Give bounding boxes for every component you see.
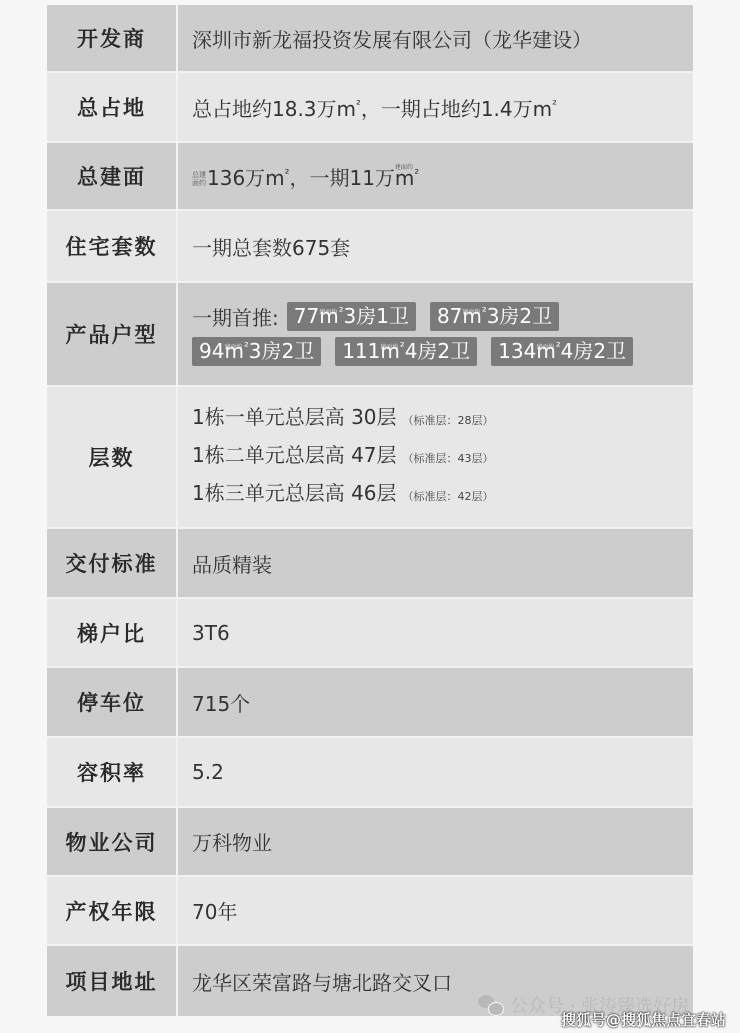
unit-type-badge: 134建面约m²4房2卫	[491, 337, 633, 366]
row-label: 物业公司	[47, 808, 178, 875]
row-label: 产品户型	[47, 283, 178, 385]
row-value: 715个	[178, 668, 693, 736]
row-elevator-ratio: 梯户比 3T6	[47, 599, 693, 668]
value-text: ，一期占地约1.4万m	[361, 97, 552, 121]
row-label: 停车位	[47, 668, 178, 736]
floor-line: 1栋一单元总层高 30层（标准层：28层）	[192, 400, 693, 438]
value-text: ，一期11万	[289, 166, 394, 190]
row-value: 1栋一单元总层高 30层（标准层：28层） 1栋二单元总层高 47层（标准层：4…	[178, 387, 693, 527]
row-label: 开发商	[47, 5, 178, 71]
unit-sup: ²	[414, 166, 419, 180]
unit-type-badge: 111建面约m²4房2卫	[335, 337, 477, 366]
unit-type-badge: 94建面约m²3房2卫	[192, 337, 321, 366]
unit-with-annotation: 建面约m	[395, 166, 414, 190]
row-developer: 开发商 深圳市新龙福投资发展有限公司（龙华建设）	[47, 5, 693, 73]
row-product-types: 产品户型 一期首推: 77建面约m²3房1卫 87建面约m²3房2卫 94建面约…	[47, 283, 693, 387]
project-spec-table: 开发商 深圳市新龙福投资发展有限公司（龙华建设） 总占地 总占地约18.3万m²…	[47, 5, 693, 1016]
unit-sup: ²	[552, 97, 557, 111]
value-text: 136万m	[207, 166, 285, 190]
row-value: 一期总套数675套	[178, 211, 693, 281]
row-label: 梯户比	[47, 599, 178, 666]
mini-annotation: 总建面约	[192, 171, 206, 187]
row-plot-ratio: 容积率 5.2	[47, 738, 693, 808]
row-label: 总建面	[47, 143, 178, 209]
wechat-icon	[478, 995, 504, 1015]
row-value: 万科物业	[178, 808, 693, 875]
value-text: 一期首推:	[192, 302, 279, 331]
row-label: 总占地	[47, 73, 178, 141]
row-value: 5.2	[178, 738, 693, 806]
row-total-land: 总占地 总占地约18.3万m²，一期占地约1.4万m²	[47, 73, 693, 143]
row-total-floor-area: 总建面 总建面约136万m²，一期11万建面约m²	[47, 143, 693, 211]
row-label: 层数	[47, 387, 178, 527]
sohu-watermark: 搜狐号@搜狐焦点宜春站	[561, 1009, 726, 1030]
row-value: 一期首推: 77建面约m²3房1卫 87建面约m²3房2卫 94建面约m²3房2…	[178, 283, 693, 385]
row-value: 70年	[178, 877, 693, 944]
floor-line: 1栋三单元总层高 46层（标准层：42层）	[192, 476, 693, 514]
unit-type-badge: 77建面约m²3房1卫	[287, 302, 416, 331]
row-parking: 停车位 715个	[47, 668, 693, 738]
row-value: 总占地约18.3万m²，一期占地约1.4万m²	[178, 73, 693, 141]
floor-line: 1栋二单元总层高 47层（标准层：43层）	[192, 438, 693, 476]
row-value: 深圳市新龙福投资发展有限公司（龙华建设）	[178, 5, 693, 71]
row-label: 产权年限	[47, 877, 178, 944]
row-property-management: 物业公司 万科物业	[47, 808, 693, 877]
unit-type-badge: 87建面约m²3房2卫	[430, 302, 559, 331]
row-label: 容积率	[47, 738, 178, 806]
value-text: 总占地约18.3万m	[192, 97, 356, 121]
row-label: 交付标准	[47, 529, 178, 597]
row-residential-units: 住宅套数 一期总套数675套	[47, 211, 693, 283]
row-value: 品质精装	[178, 529, 693, 597]
row-floors: 层数 1栋一单元总层高 30层（标准层：28层） 1栋二单元总层高 47层（标准…	[47, 387, 693, 529]
row-property-term: 产权年限 70年	[47, 877, 693, 946]
row-value: 3T6	[178, 599, 693, 666]
row-label: 项目地址	[47, 946, 178, 1016]
row-value: 总建面约136万m²，一期11万建面约m²	[178, 143, 693, 209]
row-delivery-standard: 交付标准 品质精装	[47, 529, 693, 599]
row-label: 住宅套数	[47, 211, 178, 281]
